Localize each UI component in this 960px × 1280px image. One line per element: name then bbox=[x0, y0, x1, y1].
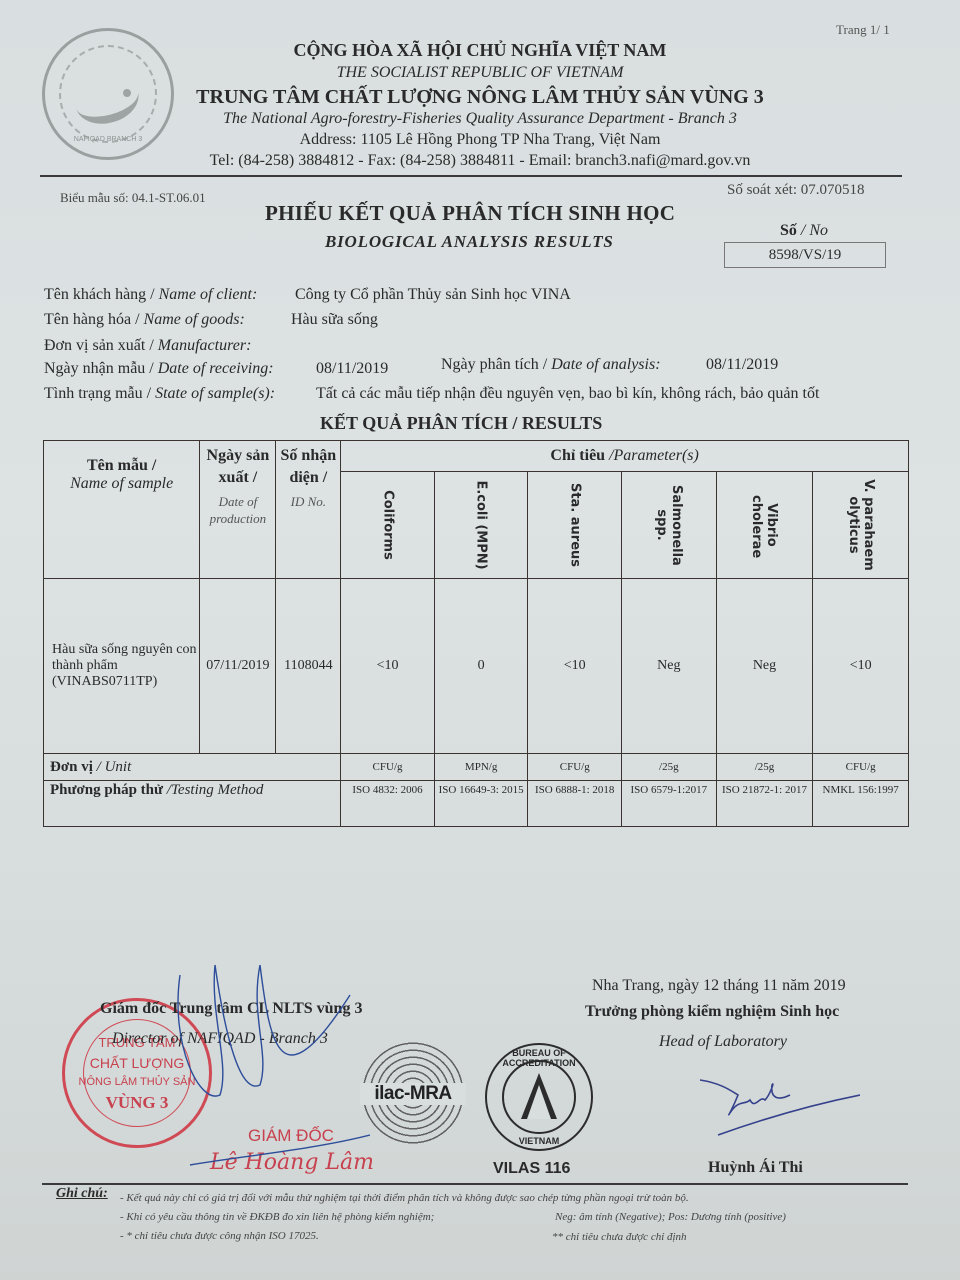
result-coliforms: <10 bbox=[341, 579, 435, 754]
unit-row: Đơn vị / Unit CFU/g MPN/g CFU/g /25g /25… bbox=[44, 754, 909, 781]
results-table: Tên mẫu / Name of sample Ngày sản xuất /… bbox=[43, 440, 909, 827]
organization-address: Address: 1105 Lê Hồng Phong TP Nha Trang… bbox=[170, 131, 790, 149]
report-number: 8598/VS/19 bbox=[724, 242, 886, 268]
method-vibrio-cholerae: ISO 21872-1: 2017 bbox=[716, 781, 813, 827]
organization-name-vn: TRUNG TÂM CHẤT LƯỢNG NÔNG LÂM THỦY SẢN V… bbox=[170, 86, 790, 109]
results-title: KẾT QUẢ PHÂN TÍCH / RESULTS bbox=[320, 413, 602, 434]
ilac-mra-label: ilac-MRA bbox=[360, 1083, 466, 1105]
method-v-parahaemolyticus: NMKL 156:1997 bbox=[813, 781, 909, 827]
sample-state-value: Tất cả các mẫu tiếp nhận đều nguyên vẹn,… bbox=[316, 385, 819, 403]
nafiqad-logo-icon: NAFIQAD BRANCH 3 bbox=[42, 28, 174, 160]
method-label: Phương pháp thử /Testing Method bbox=[44, 781, 341, 827]
receiving-date-field: Ngày nhận mẫu / Date of receiving: 08/11… bbox=[44, 360, 274, 378]
client-value: Công ty Cổ phần Thủy sản Sinh học VINA bbox=[295, 286, 571, 304]
header-divider bbox=[40, 175, 902, 177]
note-line: - Kết quả này chỉ có giá trị đối với mẫu… bbox=[120, 1192, 689, 1204]
parameter-salmonella: Salmonella spp. bbox=[622, 472, 717, 579]
place-date: Nha Trang, ngày 12 tháng 11 năm 2019 bbox=[592, 977, 846, 995]
method-sta-aureus: ISO 6888-1: 2018 bbox=[528, 781, 622, 827]
unit-coliforms: CFU/g bbox=[341, 754, 435, 781]
result-salmonella: Neg bbox=[622, 579, 717, 754]
method-ecoli: ISO 16649-3: 2015 bbox=[434, 781, 528, 827]
organization-contact: Tel: (84-258) 3884812 - Fax: (84-258) 38… bbox=[170, 152, 790, 170]
organization-name-en: The National Agro-forestry-Fisheries Qua… bbox=[170, 110, 790, 128]
receiving-date-value: 08/11/2019 bbox=[316, 360, 388, 378]
parameter-vibrio-cholerae: Vibrio cholerae bbox=[716, 472, 813, 579]
goods-field: Tên hàng hóa / Name of goods: Hàu sữa số… bbox=[44, 311, 245, 329]
notes-label: Ghi chú: bbox=[56, 1186, 108, 1202]
lab-head-title-vn: Trưởng phòng kiểm nghiệm Sinh học bbox=[585, 1003, 839, 1021]
document-title-vn: PHIẾU KẾT QUẢ PHÂN TÍCH SINH HỌC bbox=[265, 201, 675, 226]
parameter-v-parahaemolyticus: V. parahaemolyticus bbox=[813, 472, 909, 579]
sample-name: Hàu sữa sống nguyên con thành phẩm (VINA… bbox=[44, 579, 200, 754]
unit-label: Đơn vị / Unit bbox=[44, 754, 341, 781]
result-sta-aureus: <10 bbox=[528, 579, 622, 754]
result-vibrio-cholerae: Neg bbox=[716, 579, 813, 754]
column-header-parameters: Chỉ tiêu /Parameter(s) bbox=[341, 441, 909, 472]
country-name-vn: CỘNG HÒA XÃ HỘI CHỦ NGHĨA VIỆT NAM bbox=[170, 40, 790, 61]
manufacturer-field: Đơn vị sản xuất / Manufacturer: bbox=[44, 337, 251, 355]
note-line: - Khi có yêu cầu thông tin về ĐKĐB đo xi… bbox=[120, 1211, 434, 1223]
director-signature-icon bbox=[170, 955, 370, 1185]
method-salmonella: ISO 6579-1:2017 bbox=[622, 781, 717, 827]
id-number: 1108044 bbox=[276, 579, 341, 754]
method-coliforms: ISO 4832: 2006 bbox=[341, 781, 435, 827]
document-title-en: BIOLOGICAL ANALYSIS RESULTS bbox=[325, 232, 614, 252]
lab-head-name: Huỳnh Ái Thi bbox=[708, 1159, 803, 1177]
column-header-id-no: Số nhận diện / ID No. bbox=[276, 441, 341, 579]
table-row: Hàu sữa sống nguyên con thành phẩm (VINA… bbox=[44, 579, 909, 754]
goods-value: Hàu sữa sống bbox=[291, 311, 378, 329]
analysis-date-value: 08/11/2019 bbox=[706, 356, 778, 374]
unit-sta-aureus: CFU/g bbox=[528, 754, 622, 781]
result-ecoli: 0 bbox=[434, 579, 528, 754]
parameter-ecoli: E.coli (MPN) bbox=[434, 472, 528, 579]
production-date: 07/11/2019 bbox=[200, 579, 276, 754]
parameter-coliforms: Coliforms bbox=[341, 472, 435, 579]
form-number: Biểu mẫu số: 04.1-ST.06.01 bbox=[60, 190, 206, 206]
lab-head-signature-icon bbox=[700, 1075, 860, 1145]
method-row: Phương pháp thử /Testing Method ISO 4832… bbox=[44, 781, 909, 827]
bureau-of-accreditation-logo-icon: BUREAU OF ACCREDITATION VIETNAM bbox=[485, 1043, 593, 1151]
note-legend: Neg: âm tính (Negative); Pos: Dương tính… bbox=[555, 1211, 786, 1223]
report-number-label: Số / No bbox=[780, 222, 828, 240]
control-number: Số soát xét: 07.070518 bbox=[727, 182, 865, 199]
vilas-number: VILAS 116 bbox=[493, 1160, 570, 1178]
note-legend-2: ** chỉ tiêu chưa được chỉ định bbox=[552, 1231, 687, 1243]
client-field: Tên khách hàng / Name of client: Công ty… bbox=[44, 286, 257, 304]
column-header-production-date: Ngày sản xuất / Date of production bbox=[200, 441, 276, 579]
unit-v-parahaemolyticus: CFU/g bbox=[813, 754, 909, 781]
unit-salmonella: /25g bbox=[622, 754, 717, 781]
sample-state-field: Tình trạng mẫu / State of sample(s): Tất… bbox=[44, 385, 275, 403]
parameter-sta-aureus: Sta. aureus bbox=[528, 472, 622, 579]
note-line: - * chỉ tiêu chưa được công nhận ISO 170… bbox=[120, 1230, 319, 1242]
country-name-en: THE SOCIALIST REPUBLIC OF VIETNAM bbox=[170, 64, 790, 82]
result-v-parahaemolyticus: <10 bbox=[813, 579, 909, 754]
analysis-date-field: Ngày phân tích / Date of analysis: 08/11… bbox=[441, 356, 661, 374]
unit-ecoli: MPN/g bbox=[434, 754, 528, 781]
notes-divider bbox=[42, 1183, 908, 1185]
page-indicator: Trang 1/ 1 bbox=[836, 22, 890, 38]
lab-head-title-en: Head of Laboratory bbox=[659, 1033, 787, 1051]
column-header-sample: Tên mẫu / Name of sample bbox=[44, 441, 200, 579]
unit-vibrio-cholerae: /25g bbox=[716, 754, 813, 781]
